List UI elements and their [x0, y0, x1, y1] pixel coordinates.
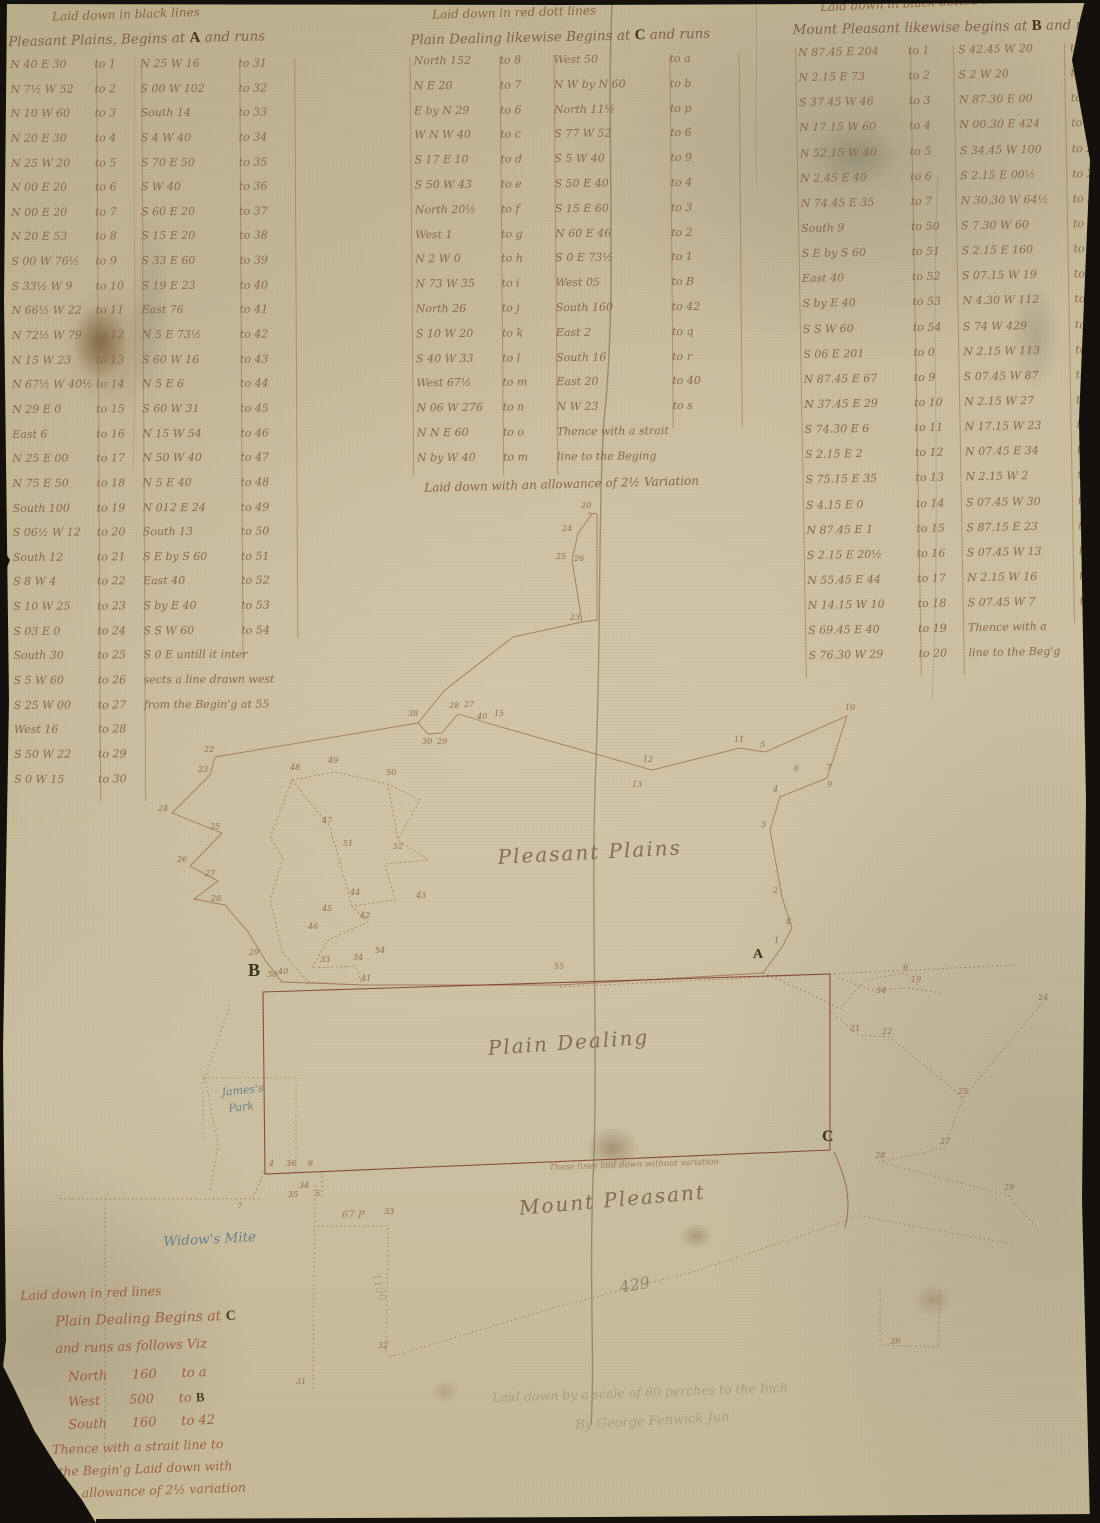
vertex-number: 33	[320, 955, 330, 964]
vertex-number: 4	[268, 1159, 274, 1168]
survey-cell: to 19	[918, 621, 968, 647]
vertex-number: 5	[315, 1189, 320, 1198]
red-ink-line: North 160 to a	[68, 1365, 207, 1385]
vertex-number: 43	[415, 891, 426, 900]
survey-cell: to 28	[1073, 217, 1100, 243]
survey-point-letter: C	[822, 1128, 834, 1146]
document-page: Laid down in black lines Pleasant Plains…	[0, 0, 1100, 1523]
vertex-number: 8	[786, 917, 791, 926]
survey-cell: N 14.15 W 10	[808, 597, 918, 624]
survey-cell: N 2.15 W 27	[964, 393, 1076, 420]
survey-cell: to 22	[1070, 66, 1100, 92]
survey-cell: N 17.15 W 60	[799, 120, 909, 147]
vertex-number: 25	[209, 822, 220, 831]
survey-cell: to 32	[1075, 317, 1100, 343]
vertex-number: 33	[384, 1207, 394, 1216]
map-label: Park	[228, 1099, 255, 1115]
survey-cell: S 74 W 429	[963, 318, 1075, 345]
vertex-number: 35	[288, 1190, 298, 1199]
survey-cell: N 07.45 E 34	[965, 444, 1077, 471]
red-ink-line: Plain Dealing Begins at C	[55, 1308, 236, 1331]
survey-cell: to 28	[98, 723, 144, 748]
vertex-number: 27	[939, 1137, 951, 1146]
survey-rows: N 87.45 E 204to 1S 42.45 W 20to 21N 2.15…	[798, 41, 1100, 675]
survey-cell: S 0 W 15	[14, 772, 98, 797]
survey-cell: N 52.15 W 40	[800, 145, 910, 172]
vertex-number: 7	[237, 1202, 243, 1211]
survey-cell: to 40	[1078, 518, 1100, 544]
survey-cell: to 1	[908, 43, 958, 69]
survey-cell: N 87.30 E 00	[959, 92, 1071, 119]
red-ink-line: Laid down in red lines	[20, 1283, 162, 1303]
vertex-number: 21	[849, 1024, 860, 1033]
survey-cell	[144, 747, 242, 772]
survey-cell: to 51	[911, 244, 961, 270]
survey-cell: S 7.30 W 60	[961, 217, 1073, 244]
survey-table-mount-pleasant: Laid down in black dotted lines Mount Pl…	[0, 0, 1100, 720]
survey-cell: to 26	[1072, 166, 1100, 192]
vertex-number: 47	[321, 816, 333, 825]
survey-cell: N 00.30 E 424	[959, 117, 1071, 144]
survey-cell: N 30.30 W 64½	[961, 192, 1073, 219]
red-ink-line: South 160 to 42	[68, 1413, 215, 1433]
vertex-number: 3	[761, 820, 766, 829]
map-label: Widow's Mite	[163, 1229, 256, 1250]
survey-cell: S 2.15 E 00½	[960, 167, 1072, 194]
plain-dealing-boundary	[263, 974, 830, 1174]
survey-cell: N 37.45 E 29	[804, 396, 914, 423]
survey-cell: to 20	[918, 647, 968, 673]
survey-cell: to 37	[1077, 443, 1100, 469]
vertex-number: 6	[308, 1159, 313, 1168]
survey-cell: to 34	[1076, 367, 1100, 393]
survey-cell: N 74.45 E 35	[801, 195, 911, 222]
vertex-number: 9	[827, 780, 832, 789]
survey-cell: S 2 W 20	[958, 66, 1070, 93]
vertex-number: 52	[393, 842, 403, 851]
map-label: 429	[618, 1273, 651, 1297]
survey-cell: N 55.45 E 44	[807, 572, 917, 599]
vertex-number: 29	[436, 737, 447, 746]
survey-cell: to 43	[1080, 594, 1100, 620]
survey-cell: to 17	[917, 571, 967, 597]
survey-cell: to 29	[1073, 242, 1100, 268]
survey-cell: N 2.15 W 16	[967, 569, 1079, 596]
tract-name-label: Mount Pleasant	[518, 1180, 707, 1220]
survey-cell	[144, 771, 242, 796]
vertex-number: 7	[826, 763, 832, 772]
survey-cell: N 87.45 E 1	[806, 522, 916, 549]
paper-sheet: Laid down in black lines Pleasant Plains…	[0, 0, 1100, 1523]
map-label: These lines laid down without variation	[549, 1157, 719, 1173]
vertex-number: 30	[422, 737, 432, 746]
survey-cell: S 74.30 E 6	[805, 421, 915, 448]
vertex-number: 25	[957, 1087, 968, 1096]
survey-cell	[242, 722, 296, 747]
survey-cell: West 16	[14, 723, 98, 748]
survey-cell: to 5	[910, 144, 960, 170]
survey-cell: to 38	[1077, 468, 1100, 494]
survey-cell: to 23	[1071, 91, 1100, 117]
survey-cell	[144, 722, 242, 747]
map-label: 67 P	[342, 1210, 365, 1221]
survey-cell: South 9	[801, 220, 911, 247]
survey-cell: S 87.15 E 23	[966, 519, 1078, 546]
survey-cell: S 37.45 W 46	[799, 94, 909, 121]
survey-cell: to 12	[915, 445, 965, 471]
survey-cell: S by E 40	[802, 296, 912, 323]
survey-cell: to 21	[1070, 41, 1100, 67]
vertex-number: 28	[874, 1151, 885, 1160]
survey-cell: to 10	[914, 395, 964, 421]
survey-cell: S 06 E 201	[803, 346, 913, 373]
vertex-number: 32	[378, 1341, 388, 1350]
survey-cell: to 30	[1074, 267, 1100, 293]
survey-cell: to 52	[912, 270, 962, 296]
vertex-number: 19	[911, 975, 921, 984]
survey-cell: to 15	[916, 521, 966, 547]
vertex-number: 29	[248, 948, 259, 957]
survey-cell: to 39	[1078, 493, 1100, 519]
map-label: By George Fenwick Jun	[575, 1410, 730, 1433]
vertex-number: 42	[359, 911, 370, 920]
red-ink-line: Thence with a strait line to	[52, 1436, 224, 1457]
vertex-number: 30	[267, 970, 277, 979]
survey-cell: to 2	[908, 68, 958, 94]
red-ink-line: an allowance of 2½ variation	[62, 1480, 246, 1501]
vertex-number: 12	[643, 755, 653, 764]
vertex-number: 27	[204, 869, 216, 878]
vertex-number: 28	[210, 894, 221, 903]
survey-cell: to 30	[98, 772, 144, 797]
survey-cell: to 14	[916, 496, 966, 522]
vertex-number: 46	[307, 922, 318, 931]
vertex-number: 29	[1003, 1183, 1014, 1192]
survey-cell: N 87.45 E 204	[798, 44, 908, 71]
survey-cell: S 07.45 W 87	[964, 368, 1076, 395]
survey-cell: to 11	[914, 420, 964, 446]
survey-cell: to 16	[917, 546, 967, 572]
survey-cell: East 40	[802, 270, 912, 297]
stain	[905, 1278, 961, 1322]
vertex-number: 2	[772, 886, 778, 895]
survey-cell	[242, 746, 296, 771]
vertex-number: 22	[881, 1027, 892, 1036]
survey-cell: to 33	[1075, 342, 1100, 368]
map-label: Laid down by a scale of 80 perches to th…	[492, 1380, 788, 1405]
survey-cell: S 2.15 E 160	[961, 242, 1073, 269]
table-heading: Mount Pleasant likewise begins at B and …	[793, 17, 1100, 39]
survey-cell: S 2.15 E 2	[805, 446, 915, 473]
tract-name-label: Pleasant Plains	[497, 835, 682, 869]
survey-cell: to 3	[909, 94, 959, 120]
map-label: James's	[221, 1082, 264, 1099]
survey-cell: to 50	[911, 219, 961, 245]
survey-cell: to 29	[98, 747, 144, 772]
survey-cell: to 54	[913, 320, 963, 346]
survey-cell: S 4.15 E 0	[806, 497, 916, 524]
tract-name-label: Plain Dealing	[487, 1025, 650, 1060]
vertex-number: 26	[176, 855, 187, 864]
survey-cell	[242, 771, 296, 796]
survey-cell: N 87.45 E 67	[804, 371, 914, 398]
survey-cell: to 53	[912, 295, 962, 321]
red-ink-line: West 500 to B	[68, 1389, 205, 1410]
survey-cell: S 75.15 E 35	[805, 471, 915, 498]
survey-cell: to 41	[1079, 543, 1100, 569]
survey-cell: N 17.15 W 23	[964, 418, 1076, 445]
survey-cell: to 7	[911, 194, 961, 220]
vertex-number: 31	[296, 1377, 306, 1386]
vertex-number: 50	[386, 768, 396, 777]
vertex-number: 40	[277, 967, 288, 976]
survey-cell: S 2.15 E 20½	[807, 547, 917, 574]
vertex-number: 34	[876, 986, 886, 995]
vertex-number: 40	[476, 712, 487, 721]
survey-cell: N 4.30 W 112	[962, 293, 1074, 320]
survey-cell: to 31	[1074, 292, 1100, 318]
survey-cell: to 36	[1076, 418, 1100, 444]
survey-cell: S 76.30 W 29	[808, 647, 918, 674]
red-ink-line: and runs as follows Viz	[55, 1337, 207, 1357]
vertex-number: 4	[772, 785, 778, 794]
survey-cell: N 2.15 W 2	[965, 469, 1077, 496]
survey-cell: to 42	[1079, 568, 1100, 594]
survey-point-letter: B	[248, 960, 260, 981]
vertex-number: 5	[760, 740, 765, 749]
survey-point-letter: A	[753, 947, 763, 963]
survey-cell: S 42.45 W 20	[958, 41, 1070, 68]
survey-cell: N 2.15 W 113	[963, 343, 1075, 370]
survey-cell: to 6	[910, 169, 960, 195]
vertex-number: 55	[554, 962, 564, 971]
edge-bottom	[96, 1514, 1100, 1523]
vertex-number: 6	[903, 963, 908, 972]
survey-cell: S 69.45 E 40	[808, 622, 918, 649]
survey-cell: S E by S 60	[801, 245, 911, 272]
vertex-number: 24	[1037, 993, 1048, 1002]
survey-cell: to 18	[918, 596, 968, 622]
survey-cell: to 24	[1071, 116, 1100, 142]
survey-cell: N 2.45 E 40	[800, 170, 910, 197]
survey-cell: to 35	[1076, 392, 1100, 418]
survey-cell: S 07.45 W 30	[966, 494, 1078, 521]
survey-cell: to 27	[1073, 191, 1100, 217]
vertex-number: 34	[299, 1181, 309, 1190]
survey-cell: S 07.15 W 19	[962, 268, 1074, 295]
vertex-number: 41	[360, 974, 371, 983]
survey-cell: N 2.15 E 73	[798, 69, 908, 96]
survey-cell	[1080, 619, 1100, 645]
plain-dealing-tail	[834, 1152, 848, 1228]
vertex-number: 45	[321, 904, 332, 913]
survey-cell: to 4	[909, 119, 959, 145]
stain	[425, 1375, 465, 1407]
vertex-number: 44	[349, 888, 360, 897]
survey-cell: S 07.45 W 7	[968, 594, 1080, 621]
survey-cell: S 50 W 22	[14, 747, 98, 772]
vertex-number: 6	[794, 764, 799, 773]
survey-cell: S S W 60	[803, 321, 913, 348]
vertex-number: 36	[286, 1159, 296, 1168]
stain	[672, 1218, 720, 1254]
table-note: Laid down in black dotted lines	[820, 0, 1011, 14]
red-ink-line: the Begin'g Laid down with	[58, 1458, 233, 1479]
survey-cell: line to the Beg'g	[968, 644, 1100, 672]
survey-cell: to 25	[1072, 141, 1100, 167]
survey-cell: S 07.45 W 13	[967, 544, 1079, 571]
survey-cell: to 9	[914, 370, 964, 396]
map-label: 1130	[369, 1272, 389, 1302]
vertex-number: 1	[774, 936, 779, 945]
survey-cell: Thence with a	[968, 619, 1080, 646]
vertex-number: 54	[375, 946, 385, 955]
vertex-number: 51	[343, 839, 353, 848]
vertex-number: 39	[890, 1337, 900, 1346]
vertex-number: 34	[353, 953, 363, 962]
vertex-number: 13	[632, 780, 642, 789]
survey-cell: to 13	[915, 471, 965, 497]
survey-cell: S 34.45 W 100	[960, 142, 1072, 169]
survey-cell: to 0	[913, 345, 963, 371]
vertex-number: 49	[327, 756, 338, 765]
vertex-number: 11	[734, 735, 744, 744]
